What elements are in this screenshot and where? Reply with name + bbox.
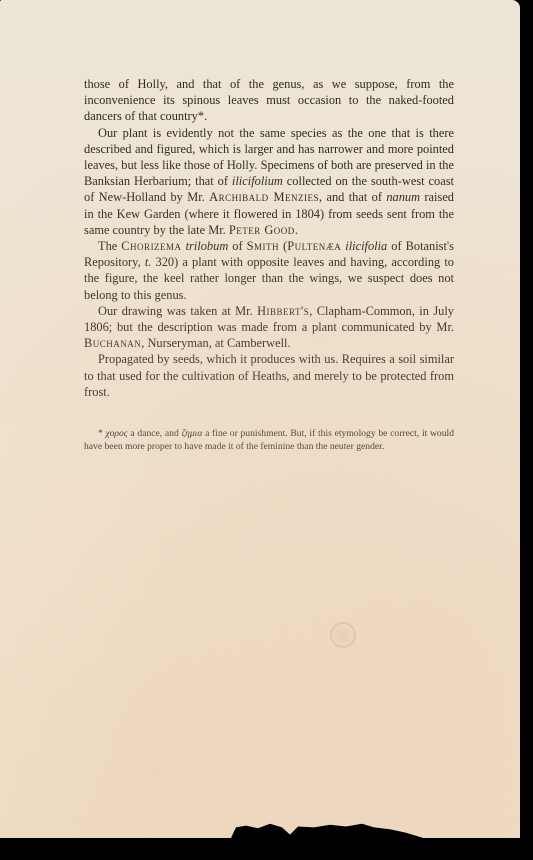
paragraph-2: Our plant is evidently not the same spec… <box>84 125 454 238</box>
paper-stain <box>330 622 356 648</box>
body-text: those of Holly, and that of the genus, a… <box>84 76 454 400</box>
footnote: * χορος a dance, and ζημια a fine or pun… <box>84 428 454 453</box>
document-page: those of Holly, and that of the genus, a… <box>0 0 520 838</box>
paragraph-3: The Chorizema trilobum of Smith (Pultenæ… <box>84 238 454 303</box>
paragraph-1: those of Holly, and that of the genus, a… <box>84 76 454 125</box>
paragraph-5: Propagated by seeds, which it produces w… <box>84 351 454 400</box>
paragraph-4: Our drawing was taken at Mr. Hibbert's, … <box>84 303 454 352</box>
